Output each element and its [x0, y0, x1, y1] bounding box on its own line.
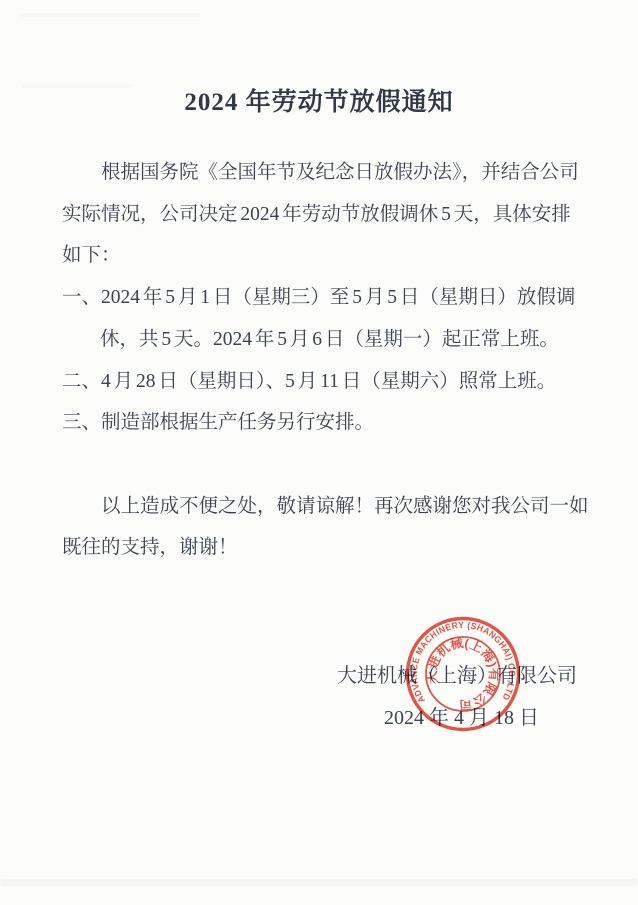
item-2-line: 二、4 月 28 日（星期日）、5 月 11 日（星期六）照常上班。 [62, 361, 576, 403]
notice-document-page: 2024 年劳动节放假通知 根据国务院《全国年节及纪念日放假办法》，并结合公司 … [0, 0, 638, 905]
intro-line-3: 如下： [62, 235, 576, 277]
seal-outer-ring [408, 619, 519, 730]
notice-body: 根据国务院《全国年节及纪念日放假办法》，并结合公司 实际情况，公司决定 2024… [62, 152, 576, 569]
item-1-line-1: 一、2024 年 5 月 1 日（星期三）至 5 月 5 日（星期日）放假调 [62, 277, 576, 319]
intro-line-1: 根据国务院《全国年节及纪念日放假办法》，并结合公司 [62, 152, 576, 194]
item-1-line-2: 休，共 5 天。2024 年 5 月 6 日（星期一）起正常上班。 [62, 319, 576, 361]
notice-title: 2024 年劳动节放假通知 [0, 82, 638, 118]
scan-artifact [20, 13, 200, 17]
company-seal: ADVANCE MACHINERY (SHANGHAI) CO.,LTD 大进机… [403, 614, 523, 734]
closing-line-1: 以上造成不便之处，敬请谅解！再次感谢您对我公司一如 [62, 486, 576, 528]
scan-artifact [0, 879, 638, 886]
item-3-line: 三、制造部根据生产任务另行安排。 [62, 402, 576, 444]
blank-line [62, 444, 576, 486]
closing-line-2: 既往的支持，谢谢！ [62, 527, 576, 569]
intro-line-2: 实际情况，公司决定 2024 年劳动节放假调休 5 天，具体安排 [62, 194, 576, 236]
